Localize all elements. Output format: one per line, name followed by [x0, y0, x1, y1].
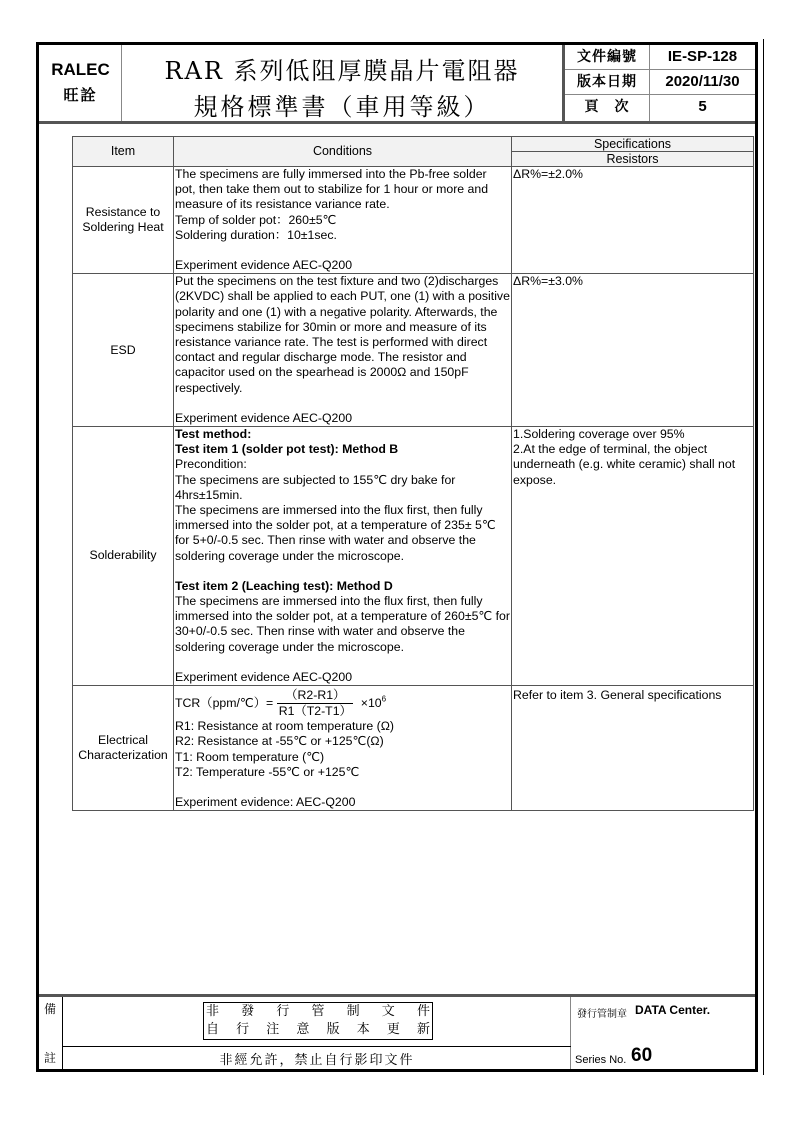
spec-table: Item Conditions Specifications Resistors…	[72, 136, 754, 811]
series-label: Series No.	[575, 1054, 626, 1066]
item-cell: Resistance to Soldering Heat	[73, 167, 174, 274]
document-footer: 備 註 非發行管制文件 自行注意版本更新 非經允許，禁止自行影印文件 發行管制章…	[39, 994, 755, 1069]
evidence-text: Experiment evidence AEC-Q200	[175, 411, 510, 426]
evidence-text: Experiment evidence AEC-Q200	[175, 258, 510, 273]
spacer	[175, 655, 510, 670]
remark-label-bottom: 註	[44, 1049, 56, 1066]
meta-label: 版本日期	[565, 70, 650, 94]
table-row: Solderability Test method: Test item 1 (…	[73, 427, 754, 686]
company-name-zh: 旺詮	[39, 84, 122, 105]
table-row: Electrical Characterization TCR（ppm/℃）=（…	[73, 686, 754, 811]
table-row: ESD Put the specimens on the test fixtur…	[73, 274, 754, 427]
conditions-cell: TCR（ppm/℃）=（R2-R1）R1（T2-T1） ×106 R1: Res…	[174, 686, 512, 811]
meta-label: 頁 次	[565, 95, 650, 121]
condition-text: The specimens are immersed into the flux…	[175, 503, 510, 564]
condition-text: T1: Room temperature (℃)	[175, 750, 510, 765]
meta-value: 2020/11/30	[650, 70, 755, 94]
item-cell: ESD	[73, 274, 174, 427]
spec-cell: ΔR%=±2.0%	[512, 167, 754, 274]
spec-text: 1.Soldering coverage over 95%	[513, 427, 752, 442]
col-header-specifications: Specifications	[512, 137, 754, 152]
conditions-cell: Test method: Test item 1 (solder pot tes…	[174, 427, 512, 686]
test-item-1-title: Test item 1 (solder pot test): Method B	[175, 442, 510, 457]
issue-control: 發行管制章 DATA Center. Series No. 60	[571, 997, 755, 1069]
spec-text: ΔR%=±2.0%	[513, 167, 752, 182]
stamp-char: 版	[327, 1021, 340, 1039]
stamp-char: 制	[347, 1003, 360, 1021]
meta-version-date: 版本日期 2020/11/30	[565, 70, 755, 95]
condition-text: Put the specimens on the test fixture an…	[175, 274, 510, 396]
meta-page: 頁 次 5	[565, 95, 755, 121]
stamp-char: 更	[387, 1021, 400, 1039]
formula-lhs: TCR（ppm/℃）=	[175, 696, 273, 710]
conditions-cell: Put the specimens on the test fixture an…	[174, 274, 512, 427]
condition-text: Precondition:	[175, 457, 510, 472]
stamp-char: 新	[417, 1021, 430, 1039]
stamp-row-1: 非發行管制文件	[204, 1003, 432, 1021]
spec-text: ΔR%=±3.0%	[513, 274, 752, 289]
col-header-item: Item	[73, 137, 174, 167]
test-method-heading: Test method:	[175, 427, 510, 442]
issue-control-label: 發行管制章	[577, 1005, 627, 1020]
stamp-char: 行	[276, 1003, 289, 1021]
spec-text: 2.At the edge of terminal, the object un…	[513, 442, 752, 488]
condition-text: R2: Resistance at -55℃ or +125℃(Ω)	[175, 734, 510, 749]
document-title: RAR 系列低阻厚膜晶片電阻器 規格標準書（車用等級）	[122, 45, 562, 121]
spec-cell: Refer to item 3. General specifications	[512, 686, 754, 811]
stamp-char: 文	[382, 1003, 395, 1021]
table-header-row: Item Conditions Specifications	[73, 137, 754, 152]
document-header: RALEC 旺詮 RAR 系列低阻厚膜晶片電阻器 規格標準書（車用等級） 文件編…	[39, 45, 755, 124]
copy-notice: 非經允許，禁止自行影印文件	[63, 1049, 571, 1068]
formula-multiplier: ×10	[361, 696, 382, 710]
stamp-row-2: 自行注意版本更新	[204, 1021, 432, 1039]
table-row: Resistance to Soldering Heat The specime…	[73, 167, 754, 274]
evidence-text: Experiment evidence AEC-Q200	[175, 670, 510, 685]
stamp-char: 注	[266, 1021, 279, 1039]
stamp-char: 發	[241, 1003, 254, 1021]
condition-text: R1: Resistance at room temperature (Ω)	[175, 719, 510, 734]
divider	[63, 1046, 571, 1047]
item-cell: Electrical Characterization	[73, 686, 174, 811]
stamp-char: 自	[206, 1021, 219, 1039]
conditions-cell: The specimens are fully immersed into th…	[174, 167, 512, 274]
col-header-conditions: Conditions	[174, 137, 512, 167]
document-meta: 文件編號 IE-SP-128 版本日期 2020/11/30 頁 次 5	[562, 45, 755, 121]
condition-text: T2: Temperature -55℃ or +125℃	[175, 765, 510, 780]
meta-label: 文件編號	[565, 45, 650, 69]
issue-control-value: DATA Center.	[635, 1003, 710, 1017]
stamp-char: 件	[417, 1003, 430, 1021]
spec-cell: 1.Soldering coverage over 95% 2.At the e…	[512, 427, 754, 686]
remarks-area: 非發行管制文件 自行注意版本更新 非經允許，禁止自行影印文件	[63, 997, 571, 1069]
meta-value: 5	[650, 95, 755, 121]
spacer	[175, 564, 510, 579]
spacer	[175, 780, 510, 795]
formula-denominator: R1（T2-T1）	[277, 704, 353, 719]
spacer	[175, 396, 510, 411]
formula-exponent: 6	[382, 695, 386, 704]
stamp-char: 管	[311, 1003, 324, 1021]
title-line-2: 規格標準書（車用等級）	[122, 87, 562, 122]
condition-text: The specimens are subjected to 155℃ dry …	[175, 473, 510, 503]
company-logo: RALEC 旺詮	[39, 45, 122, 121]
evidence-text: Experiment evidence: AEC-Q200	[175, 795, 510, 810]
formula-fraction: （R2-R1）R1（T2-T1）	[277, 688, 353, 719]
spec-text: Refer to item 3. General specifications	[513, 688, 752, 703]
remark-label-top: 備	[44, 1000, 56, 1017]
series-number: 60	[631, 1045, 652, 1067]
stamp-char: 非	[206, 1003, 219, 1021]
document-frame: RALEC 旺詮 RAR 系列低阻厚膜晶片電阻器 規格標準書（車用等級） 文件編…	[36, 42, 758, 1072]
col-header-resistors: Resistors	[512, 152, 754, 167]
spacer	[175, 243, 510, 258]
meta-doc-number: 文件編號 IE-SP-128	[565, 45, 755, 70]
meta-value: IE-SP-128	[650, 45, 755, 69]
condition-text: The specimens are immersed into the flux…	[175, 594, 510, 655]
test-item-2-title: Test item 2 (Leaching test): Method D	[175, 579, 510, 594]
uncontrolled-stamp: 非發行管制文件 自行注意版本更新	[203, 1002, 433, 1040]
stamp-char: 本	[357, 1021, 370, 1039]
item-cell: Solderability	[73, 427, 174, 686]
remarks-label: 備 註	[39, 997, 63, 1069]
formula-numerator: （R2-R1）	[277, 688, 353, 704]
tcr-formula: TCR（ppm/℃）=（R2-R1）R1（T2-T1） ×106	[175, 688, 510, 719]
stamp-char: 意	[296, 1021, 309, 1039]
title-line-1: RAR 系列低阻厚膜晶片電阻器	[122, 51, 562, 86]
company-name-en: RALEC	[39, 60, 122, 80]
stamp-char: 行	[236, 1021, 249, 1039]
condition-text: Soldering duration：10±1sec.	[175, 228, 510, 243]
condition-text: Temp of solder pot：260±5℃	[175, 213, 510, 228]
spec-cell: ΔR%=±3.0%	[512, 274, 754, 427]
condition-text: The specimens are fully immersed into th…	[175, 167, 510, 213]
